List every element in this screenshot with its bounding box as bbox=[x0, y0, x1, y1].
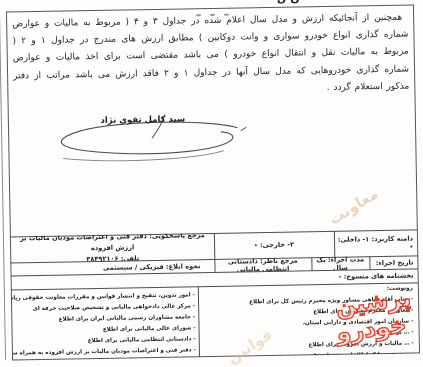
handwritten-signature bbox=[45, 109, 250, 177]
exec-date-cell: تاریخ اجراء: bbox=[369, 255, 418, 269]
duration-cell: مدت اجراء: یک سال bbox=[311, 256, 369, 270]
page-edge-line bbox=[0, 16, 6, 360]
responder-cell: مرجع پاسخگویی: دفتر فنی و اعتراضات مودیا… bbox=[11, 233, 214, 255]
scanned-tax-circular: ں ل همچنین از آنجائیکه ارزش و مدل سال اع… bbox=[0, 0, 423, 367]
cc-list-right: رونوشت: - جناب آقای پناهی مشاور ویژه محت… bbox=[199, 283, 418, 357]
document-page: ں ل همچنین از آنجائیکه ارزش و مدل سال اع… bbox=[0, 0, 423, 367]
cut-off-text-fragment: ں ل bbox=[277, 0, 300, 5]
scope-external-cell: ۲- خارجی: ٭ bbox=[214, 231, 334, 259]
scan-artifact-dots bbox=[169, 1, 229, 5]
cc-list-left: - امور تدوین، تنقیح و انتشار قوانین و مق… bbox=[12, 290, 199, 359]
circular-paragraph: همچنین از آنجائیکه ارزش و مدل سال اعلام … bbox=[12, 10, 409, 95]
scope-internal-cell: دامنه کاربرد: ۱- داخلی: ٭ bbox=[334, 229, 418, 256]
